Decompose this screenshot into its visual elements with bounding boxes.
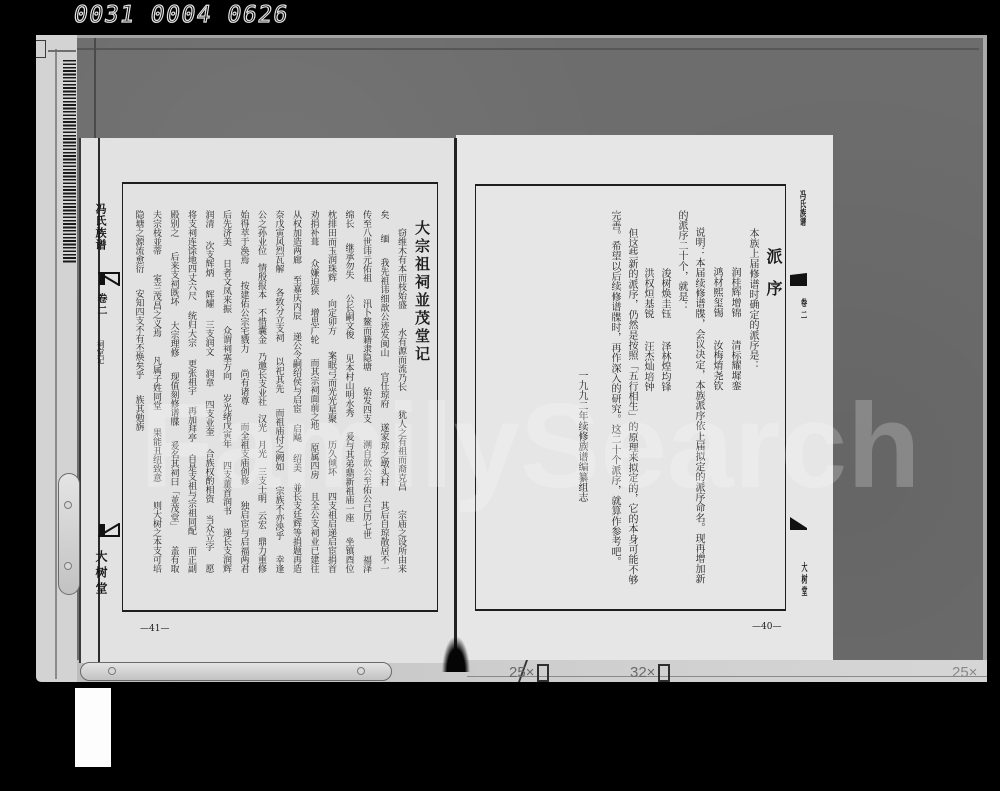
phrase: 众谓祠塞方向 [221,326,231,380]
phrase: 果能丑纽致意 [151,428,161,482]
phrase: 幸逢 [274,555,284,573]
clip-rivet [64,562,72,570]
phrase: 福泽 [361,555,371,573]
phrase: 大宗理修 [169,321,179,357]
phrase: 並长支廷辉等捐题再造 [291,483,301,573]
text-column: 矣缅我先祖讳细歆公迹发闽山官任琼府遂家琼之墩头村其后自琼散居不一 [377,210,391,573]
phrase: 公之孙业位 [256,210,266,255]
page-number: —41— [140,624,169,634]
fishtail-mark-icon [790,273,807,286]
closing-line: 但这些新的派序，仍然是按照「五行相生」的原理来拟定的，它的本身可能不够 [624,228,639,585]
side-volume: 卷二 [94,293,107,317]
side-hall-name: 大树堂 [93,550,108,598]
phrase: 递长支润辉 [221,528,231,573]
text-column: 枕排田而玉润珠辉向定卯方案眠弓而光光星聚历久倾坏四支祖启递启宦捐首 [324,210,338,573]
phrase: 次支辉炳 [204,241,214,277]
clip-rivet [64,501,72,509]
name-group: 汝梅焴尧钦 [711,340,722,391]
ruler-top-bar [48,50,76,52]
phrase: 劝捐补葺 [309,210,319,246]
phrase: 遂家琼之墩头村 [379,423,389,486]
phrase: 原属四房 [309,443,319,479]
page-clip-vertical [58,473,80,595]
phrase: 鼎力重修 [256,537,266,573]
phrase: 而全祖支庙创修 [239,422,249,485]
phrase: 历久倾坏 [326,440,336,476]
text-column: 窃维木有本而枝始盛水有源而流乃长犹人之有祖而裔克昌宗庙之设所由来 [394,228,408,573]
text-column: 将支祠连馀地四丈六尺统归大宗更张祖宇再加拜亭自是支祖与宗祖同配而正副 [184,210,198,573]
phrase: 传至八世讳元佑祖 [361,210,371,282]
new-names-row: 洪权烜基锐汪杰灿培钟 [640,268,655,392]
note-line: 说明：本届续修谱牒，会议决定，本族派序依上届拟定的派序命名。现再增加新 [691,227,706,584]
frame-box-icon [658,664,670,682]
phrase: 情殷报本 [256,263,266,299]
phrase: 矣 [379,210,389,219]
text-column: 奈戊寅风烈瓦解各致分立支祠以祀其先而祖庙付之阙如宗族不亦泱乎幸逢 [272,210,286,573]
ruler-guide-line [55,49,57,679]
phrase: 各致分立支祠 [274,288,284,342]
phrase: 宗庙之设所由来 [396,510,406,573]
left-page: 冯氏族谱 卷二 祠堂记 大树堂 大宗祖祠並茂堂记 窃维木有本而枝始盛水有源而流乃… [79,138,456,663]
name-group: 鸿材熙玺锡 [711,267,722,318]
phrase: 润章 [204,369,214,387]
phrase: 尚有诸尊 [239,369,249,405]
side-book-title: 冯氏族谱 [798,190,806,226]
phrase: 室兰茂昌之义焉 [151,274,161,337]
phrase: 四支祖启递启宦捐首 [326,492,336,573]
phrase: 向定卯方 [326,299,336,335]
phrase: 而正副 [186,546,196,573]
side-book-title: 冯氏族谱 [93,203,107,251]
phrase: 愿 [204,564,214,573]
side-section: 祠堂记 [95,340,106,364]
phrase: 案眠弓而光光星聚 [326,351,336,423]
side-hall-name: 大树堂 [799,562,806,598]
fishtail-mark-icon [98,272,120,286]
film-frame-number: 0031 0004 0626 [72,4,291,27]
previous-names-row: 润桂辉增锦清标耀墀銮 [727,267,742,391]
phrase: 启飚 [291,424,301,442]
phrase: 其后自琼散居不一 [379,501,389,573]
ruler-corner-mark [36,40,46,58]
essay-title: 大宗祖祠並茂堂记 [413,220,431,364]
text-column: 传至八世讳元佑祖汛卜鳌而籍隶隐塘始发四支溯自歆公至佑公已历七世福泽 [359,210,373,573]
gutter-shadow [438,626,474,672]
phrase: 枕排田而玉润珠辉 [326,210,336,282]
name-group: 汪杰灿培钟 [642,341,653,392]
previous-names-row: 鸿材熙玺锡汝梅焴尧钦 [709,267,724,391]
phrase: 奈戊寅风烈瓦解 [274,210,284,273]
phrase: 更张祖宇 [186,359,196,395]
phrase: 夫宗枝並蒂 [151,210,161,255]
phrase: 而其宗祠面前之地 [309,358,319,430]
phrase: 坐镇酉位 [344,537,354,573]
phrase: 后来支祠既坏 [169,252,179,306]
phrase: 三支士明 [256,467,266,503]
phrase: 安知四支不有丕焕矣乎 [134,289,144,379]
phrase: 爰与其弟鼎新祖庙一座 [344,432,354,522]
phrase: 岁光绪戊寅年 [221,394,231,448]
name-group: 清标耀墀銮 [729,340,740,391]
phrase: 日者文凤来振 [221,259,231,313]
clip-rivet [357,667,365,675]
phrase: 见本村山明水秀 [344,354,354,417]
name-group: 浚树焕圭钰 [659,268,670,319]
phrase: 递公令嗣绍侯与启宦 [291,332,301,413]
phrase: 至嘉庆丙辰 [291,275,301,320]
phrase: 乃邀长支业社 [256,352,266,406]
phrase: 汉光 [256,414,266,432]
phrase: 自是支祖与宗祖同配 [186,454,196,535]
phrase: 窃维木有本而枝始盛 [396,228,406,309]
text-column: 殿别之后来支祠既坏大宗理修现值刻修谱牒爰名其祠曰「並茂堂」盖有取 [167,210,181,573]
phrase: 四支董首润书 [221,461,231,515]
film-label-block [75,688,111,767]
text-column: 始得萃于涣焉按建佑公宗宅戮力尚有诸尊而全祖支庙创修独启宦与启福两君 [237,210,251,573]
phrase: 族其勉旃 [134,395,144,431]
phrase: 官任琼府 [379,372,389,408]
phrase: 月光 [256,440,266,458]
phrase: 宗族不亦泱乎 [274,486,284,540]
reduction-label: 25× [952,665,977,681]
phrase: 以祀其先 [274,357,284,393]
page-number: —40— [752,622,781,632]
phrase: 辉耀 [204,290,214,308]
phrase: 爰名其祠曰「並茂堂」 [169,441,179,531]
phrase: 缅 [379,234,389,243]
phrase: 云宏 [256,511,266,529]
phrase: 则大树之本支可培 [151,501,161,573]
phrase: 润清 [204,210,214,228]
text-column: 绵长继承勿失公长嗣文俊见本村山明水秀爰与其弟鼎新祖庙一座坐镇酉位 [342,210,356,573]
reduction-label: 25× [509,665,534,681]
phrase: 且全公支祠业已建往 [309,492,319,573]
page-clip-horizontal [80,662,392,681]
phrase: 众嫌迫狭 [309,259,319,295]
text-column: 夫宗枝並蒂室兰茂昌之义焉凡属子姓同堂果能丑纽致意则大树之本支可培 [149,210,163,573]
phrase: 统归大宗 [186,311,196,347]
phrase: 独启宦与启福两君 [239,501,249,573]
text-column: 公之孙业位情殷报本不惜囊金乃邀长支业社汉光月光三支士明云宏鼎力重修 [254,210,268,573]
phrase: 始得萃于涣焉 [239,210,249,264]
right-page: 派序 本族上届修谱时确定的派序是： 润桂辉增锦清标耀墀銮 鸿材熙玺锡汝梅焴尧钦 … [456,135,833,660]
phrase: 溯自歆公至佑公已历七世 [361,440,371,539]
book-gutter [454,138,457,663]
phrase: 殿别之 [169,210,179,237]
text-column: 润清次支辉炳辉耀三支润文润章四支业奎合族权酌相资当众立字愿 [202,210,216,573]
phrase: 隐塘之源流愈衍 [134,210,144,273]
name-group: 润桂辉增锦 [729,267,740,318]
phrase: 我先祖讳细歆公迹发闽山 [379,258,389,357]
phrase: 不惜囊金 [256,308,266,344]
closing-line: 完善。希望以后续修谱牒时，再作深入的研究。这二十个派序，就算作参考吧。 [607,210,622,567]
phrase: 按建佑公宗宅戮力 [239,281,249,353]
text-column: 劝捐补葺众嫌迫狭增思广轮而其宗祠面前之地原属四房且全公支祠业已建往 [307,210,321,573]
phrase: 现值刻修谱牒 [169,372,179,426]
phrase: 水有源而流乃长 [396,328,406,391]
phrase: 绍美 [291,454,301,472]
note-line: 的派序二十个，就是： [674,210,689,312]
phrase: 始发四支 [361,387,371,423]
text-column: 隐塘之源流愈衍安知四支不有丕焕矣乎族其勉旃 [132,210,146,431]
signature: 一九九二年续修族谱编纂组志 [574,370,589,503]
fishtail-mark-icon [790,517,807,530]
phrase: 汛卜鳌而籍隶隐塘 [361,299,371,371]
name-group: 泽林煌均锋 [659,341,670,392]
phrase: 将支祠连馀地四丈六尺 [186,210,196,300]
text-column: 从权加造两廊至嘉庆丙辰递公令嗣绍侯与启宦启飚绍美並长支廷辉等捐题再造 [289,210,303,573]
phrase: 三支润文 [204,320,214,356]
phrase: 四支业奎 [204,400,214,436]
phrase: 公长嗣文俊 [344,294,354,339]
side-volume: 卷二 [799,298,807,322]
board-corner-line [94,38,96,143]
phrase: 当众立字 [204,515,214,551]
phrase: 继承勿失 [344,243,354,279]
phrase: 盖有取 [169,546,179,573]
phrase: 后先济美 [221,210,231,246]
intro-line: 本族上届修谱时确定的派序是： [745,228,760,371]
phrase: 绵长 [344,210,354,228]
phrase: 从权加造两廊 [291,210,301,264]
phrase: 而祖庙付之阙如 [274,408,284,471]
clip-rivet [108,667,116,675]
phrase: 犹人之有祖而裔克昌 [396,410,406,491]
phrase: 合族权酌相资 [204,449,214,503]
board-edge-line [77,48,979,50]
ruler-ticks [63,60,76,263]
section-title: 派序 [763,248,783,312]
name-group: 洪权烜基锐 [642,268,653,319]
phrase: 再加拜亭 [186,406,196,442]
text-column: 后先济美日者文凤来振众谓祠塞方向岁光绪戊寅年四支董首润书递长支润辉 [219,210,233,573]
reduction-label: 32× [630,665,655,681]
frame-box-icon [537,664,549,682]
phrase: 增思广轮 [309,308,319,344]
new-names-row: 浚树焕圭钰泽林煌均锋 [657,268,672,392]
fishtail-mark-icon [98,523,120,537]
phrase: 凡属子姓同堂 [151,356,161,410]
